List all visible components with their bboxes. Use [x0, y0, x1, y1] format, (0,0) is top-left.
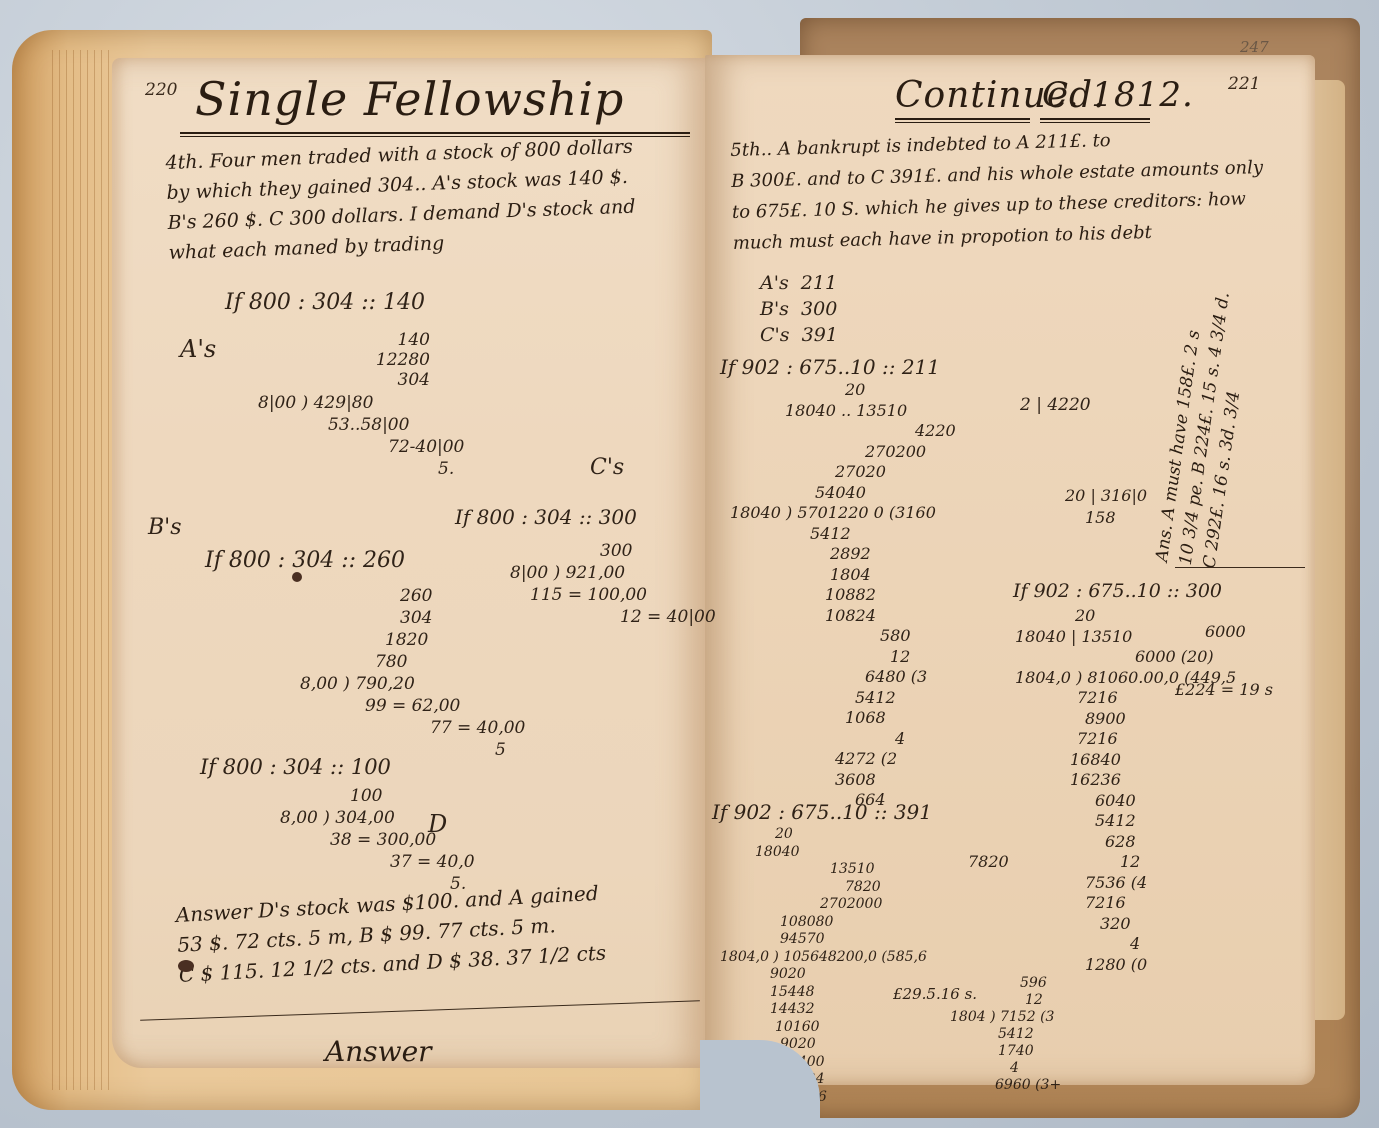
calc-B-work: 260 304 1820 780 8,00 ) 790,20 99 = 62,0…: [300, 585, 525, 761]
problem-label: 4th.: [165, 151, 204, 174]
footer-word: Answer: [325, 1035, 432, 1068]
calc-C-7820: 7820: [968, 852, 1009, 871]
calc-A-work: 140 12280 304: [300, 330, 430, 390]
debt-row: A's 211: [760, 270, 838, 296]
calc-B-work-right: 20 18040 | 13510 6000 (20) 1804,0 ) 8106…: [1015, 606, 1236, 975]
calc-C-side: 596 12 1804 ) 7152 (3 5412 1740 4 6960 (…: [950, 975, 1061, 1094]
calc-C-label: C's: [590, 455, 624, 480]
calc-D-work: 100 8,00 ) 304,00 38 = 300,00 37 = 40,0 …: [280, 785, 475, 895]
calc-A-label: A's: [180, 335, 216, 363]
calc-B-label: B's: [148, 515, 182, 540]
calc-A-proportion-right: If 902 : 675..10 :: 211: [720, 355, 940, 379]
calc-B-6000: 6000: [1205, 622, 1246, 641]
debts-list: A's 211 B's 300 C's 391: [760, 270, 838, 348]
calc-C-work: 300 8|00 ) 921,00 115 = 100,00 12 = 40|0…: [510, 540, 716, 628]
debt-row: B's 300: [760, 296, 838, 322]
page-title-suffix: C. 1812.: [1042, 75, 1194, 115]
calc-B-result: £224 = 19 s: [1175, 680, 1273, 699]
calc-B-proportion: If 800 : 304 :: 260: [205, 548, 405, 573]
page-title-left: Single Fellowship: [195, 72, 624, 126]
calc-A-proportion: If 800 : 304 :: 140: [225, 290, 425, 315]
problem-5: 5th.. A bankrupt is indebted to A 211£. …: [730, 121, 1265, 259]
calc-A-side: 20 | 316|0 158: [1065, 485, 1147, 529]
calc-A-division: 8|00 ) 429|80 53..58|00 72-40|00 5.: [258, 392, 464, 480]
debt-row: C's 391: [760, 322, 838, 348]
calc-C-proportion-right: If 902 : 675..10 :: 391: [712, 800, 932, 824]
calc-C-proportion: If 800 : 304 :: 300: [455, 505, 637, 529]
problem-label: 5th..: [730, 139, 772, 161]
problem-4: 4th. Four men traded with a stock of 800…: [165, 132, 637, 268]
title-underline: [1040, 118, 1150, 123]
ink-blot: [178, 960, 194, 972]
ink-blot: [292, 572, 302, 582]
page-number-left: 220: [145, 80, 177, 100]
calc-B-proportion-right: If 902 : 675..10 :: 300: [1013, 580, 1222, 602]
calc-A-work-right: 20 18040 .. 13510 4220 270200 27020 5404…: [735, 380, 956, 811]
title-underline: [895, 118, 1030, 123]
calc-D-proportion: If 800 : 304 :: 100: [200, 755, 391, 779]
section-divider: [1175, 567, 1305, 568]
calc-A-4220: 2 | 4220: [1020, 395, 1091, 415]
page-number-right: 221: [1228, 74, 1260, 94]
